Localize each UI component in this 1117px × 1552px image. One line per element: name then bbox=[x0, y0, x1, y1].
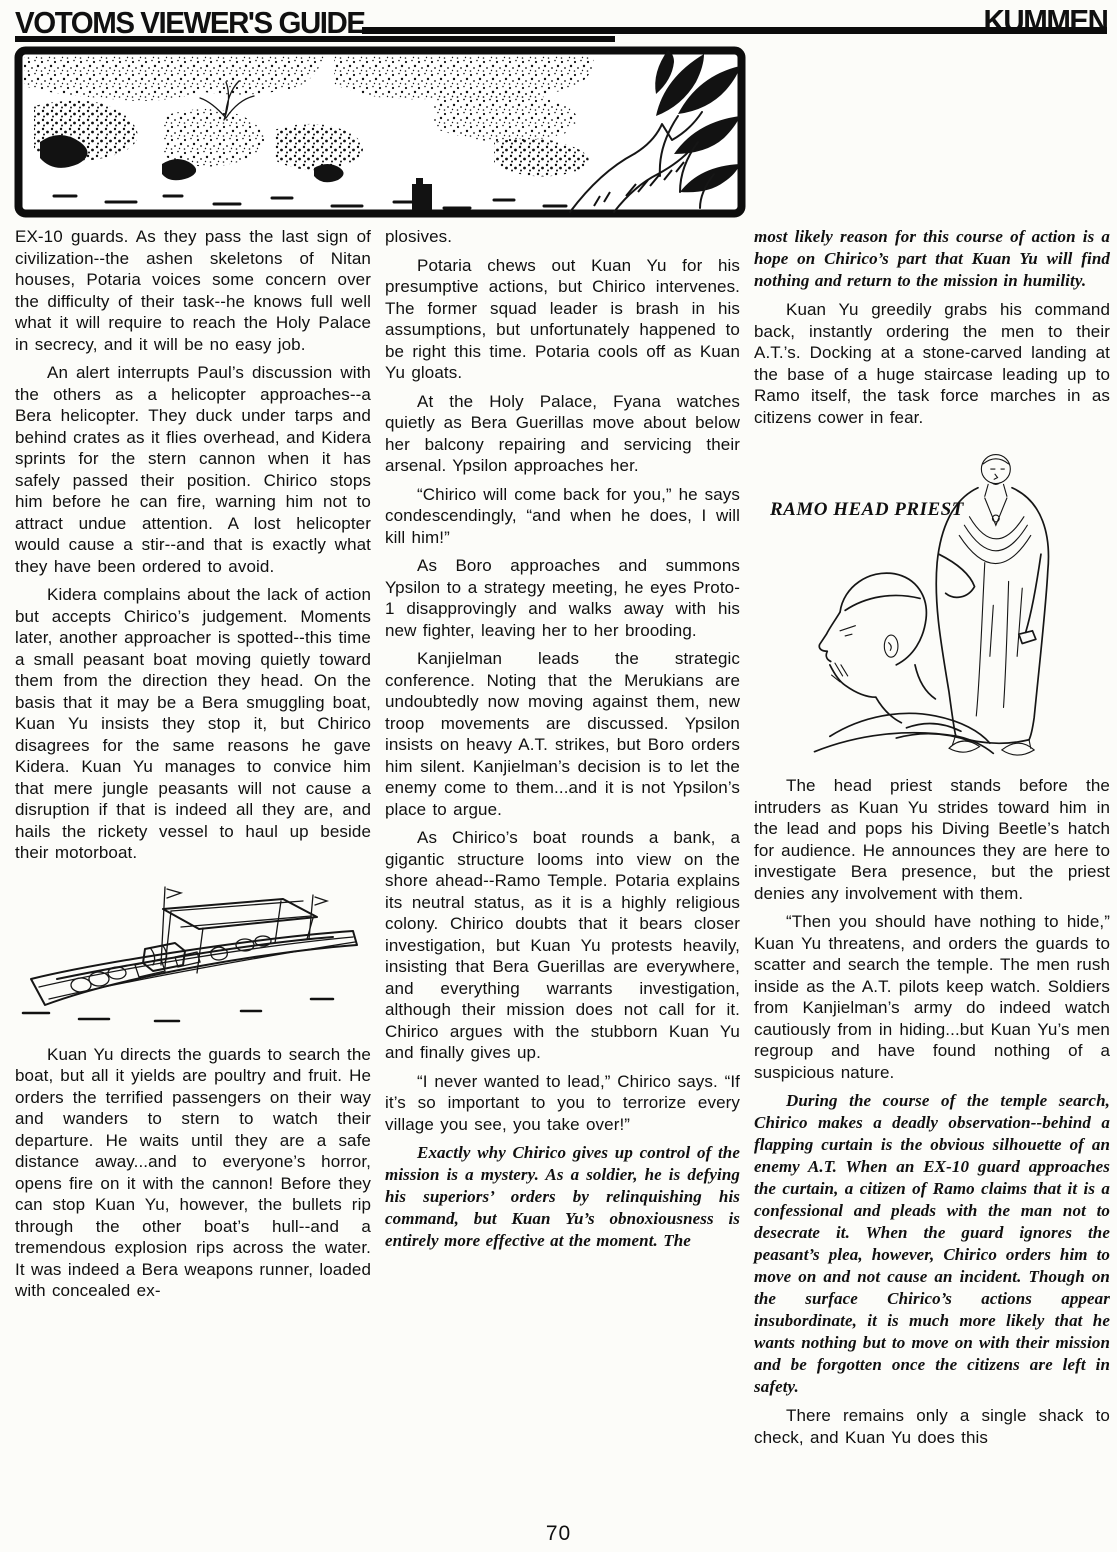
column-2: plosives. Potaria chews out Kuan Yu for … bbox=[385, 226, 740, 1259]
paragraph: “I never wanted to lead,” Chirico says. … bbox=[385, 1071, 740, 1136]
paragraph: There remains only a single shack to che… bbox=[754, 1405, 1110, 1448]
paragraph: Potaria chews out Kuan Yu for his presum… bbox=[385, 255, 740, 384]
paragraph: “Then you should have nothing to hide,” … bbox=[754, 911, 1110, 1083]
paragraph: As Boro approaches and summons Ypsilon t… bbox=[385, 555, 740, 641]
ramo-head-priest-illustration: RAMO HEAD PRIEST bbox=[754, 435, 1110, 767]
paragraph: Kuan Yu greedily grabs his command back,… bbox=[754, 299, 1110, 428]
paragraph: plosives. bbox=[385, 226, 740, 248]
article-body: EX-10 guards. As they pass the last sign… bbox=[15, 226, 1110, 1455]
paragraph: “Chirico will come back for you,” he say… bbox=[385, 484, 740, 549]
header-rule-right bbox=[362, 27, 1107, 34]
paragraph-italic-commentary: most likely reason for this course of ac… bbox=[754, 226, 1110, 292]
column-1: EX-10 guards. As they pass the last sign… bbox=[15, 226, 371, 1309]
paragraph: An alert interrupts Paul’s discussion wi… bbox=[15, 362, 371, 577]
header-rule-left bbox=[15, 36, 615, 42]
priest-caption: RAMO HEAD PRIEST bbox=[770, 499, 964, 521]
jungle-riverbank-illustration bbox=[14, 46, 746, 218]
paragraph: The head priest stands before the intrud… bbox=[754, 775, 1110, 904]
paragraph: Kuan Yu directs the guards to search the… bbox=[15, 1044, 371, 1302]
peasant-boat-illustration bbox=[15, 879, 371, 1029]
paragraph: As Chirico’s boat rounds a bank, a gigan… bbox=[385, 827, 740, 1064]
paragraph-italic-commentary: During the course of the temple search, … bbox=[754, 1090, 1110, 1398]
paragraph: At the Holy Palace, Fyana watches quietl… bbox=[385, 391, 740, 477]
magazine-page: VOTOMS VIEWER'S GUIDE KUMMEN bbox=[0, 0, 1117, 1552]
paragraph: EX-10 guards. As they pass the last sign… bbox=[15, 226, 371, 355]
paragraph: Kanjielman leads the strategic conferenc… bbox=[385, 648, 740, 820]
page-number: 70 bbox=[0, 1522, 1117, 1546]
paragraph-italic-commentary: Exactly why Chirico gives up control of … bbox=[385, 1142, 740, 1252]
paragraph: Kidera complains about the lack of actio… bbox=[15, 584, 371, 864]
column-3: most likely reason for this course of ac… bbox=[754, 226, 1110, 1455]
